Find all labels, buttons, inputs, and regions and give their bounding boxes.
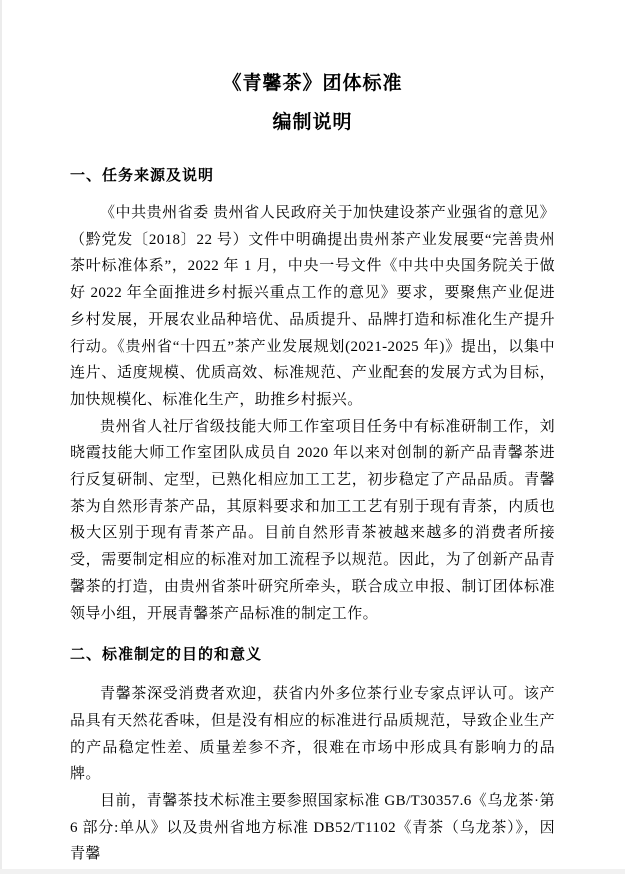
section-1-paragraph-1: 《中共贵州省委 贵州省人民政府关于加快建设茶产业强省的意见》（黔党发〔2018〕… (70, 200, 555, 414)
document-title: 《青馨茶》团体标准 (70, 70, 555, 97)
document-viewport: 《青馨茶》团体标准 编制说明 一、任务来源及说明 《中共贵州省委 贵州省人民政府… (0, 0, 625, 874)
page-left-edge (0, 0, 2, 874)
document-subtitle: 编制说明 (70, 109, 555, 136)
page-bottom-edge (0, 869, 625, 874)
section-1-heading: 一、任务来源及说明 (70, 166, 555, 186)
document-page: 《青馨茶》团体标准 编制说明 一、任务来源及说明 《中共贵州省委 贵州省人民政府… (0, 0, 625, 874)
section-2-heading: 二、标准制定的目的和意义 (70, 645, 555, 665)
section-1-paragraph-2: 贵州省人社厅省级技能大师工作室项目任务中有标准研制工作，刘晓霞技能大师工作室团队… (70, 414, 555, 628)
section-2-paragraph-1: 青馨茶深受消费者欢迎，获省内外多位茶行业专家点评认可。该产品具有天然花香味，但是… (70, 681, 555, 788)
section-2-paragraph-2: 目前，青馨茶技术标准主要参照国家标准 GB/T30357.6《乌龙茶·第 6 部… (70, 788, 555, 868)
